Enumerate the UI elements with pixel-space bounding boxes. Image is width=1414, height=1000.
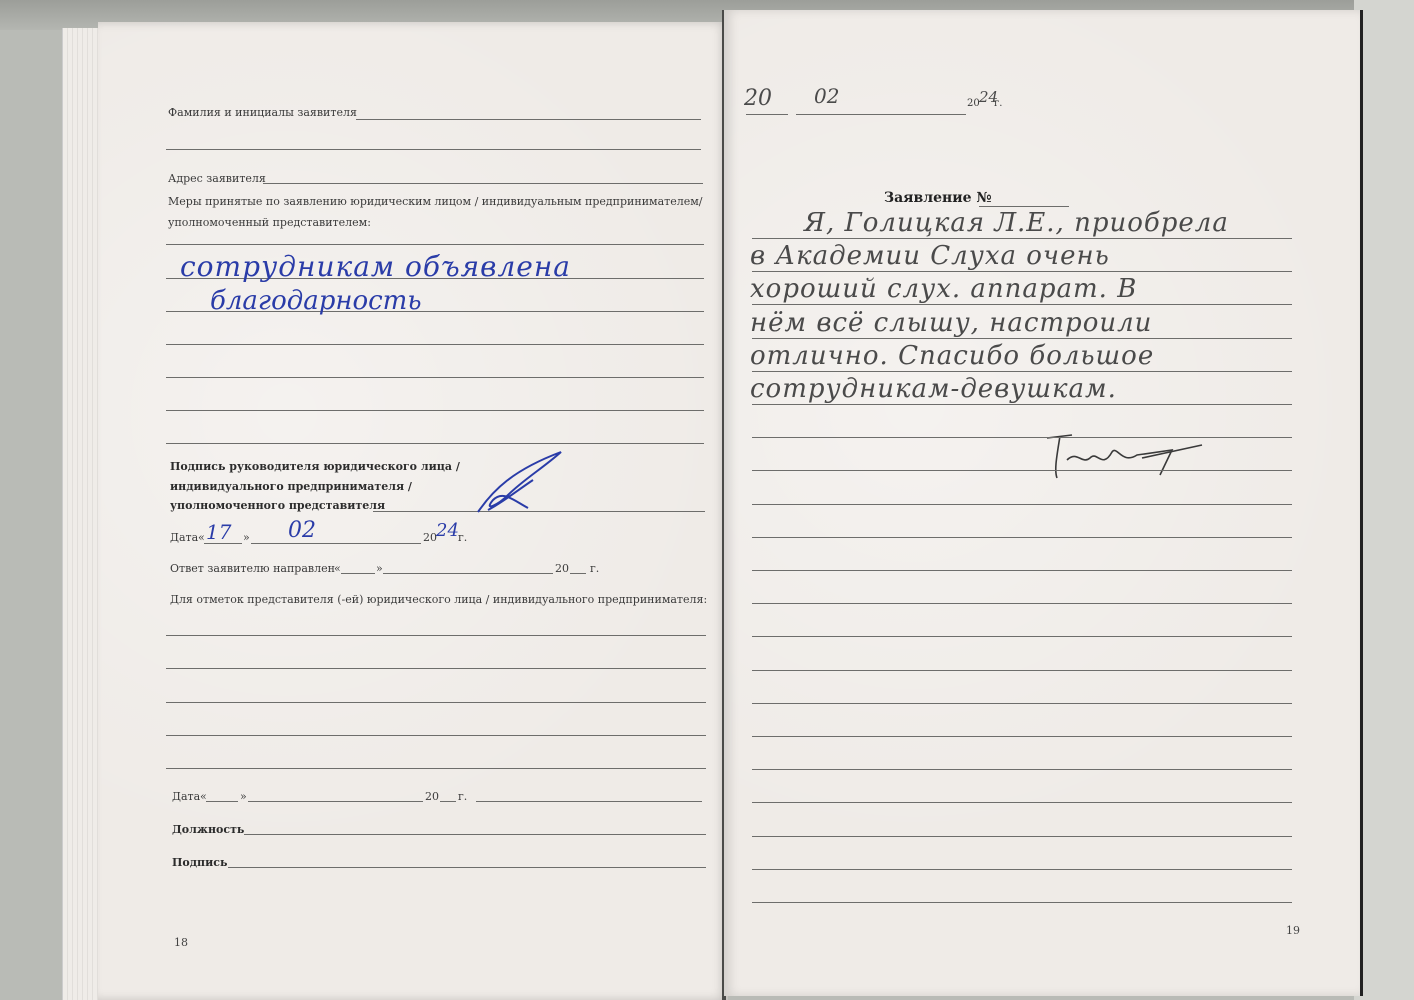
statement-ruled-line [752,636,1292,637]
statement-handwritten-line: нём всё слышу, настроили [750,308,1152,338]
manager-signature-scribble [473,450,573,520]
date-day-value: 17 [206,520,231,544]
page-number-right: 19 [1286,924,1300,937]
marks-line [166,702,706,703]
reply-sent-year-field[interactable] [570,573,586,574]
statement-ruled-line [752,537,1292,538]
statement-title: Заявление № [884,190,992,206]
marks-line [166,735,706,736]
bottom-date-label: Дата [172,790,200,803]
statement-ruled-line [752,836,1292,837]
statement-ruled-line [752,271,1292,272]
date-month-field[interactable] [251,543,421,544]
measures-label-line2: уполномоченный представителем: [168,216,371,229]
signature-label: Подпись [172,856,227,869]
quote-close: » [240,790,247,803]
left-page: Фамилия и инициалы заявителя Адрес заяви… [98,22,728,1000]
measures-label-line1: Меры принятые по заявлению юридическим л… [168,195,703,208]
bottom-date-extra-field[interactable] [476,801,702,802]
statement-ruled-line [752,802,1292,803]
measures-handwritten-line2: благодарность [210,286,422,316]
date-label: Дата [170,531,198,544]
bottom-date-year-unit: г. [458,790,467,803]
scan-background-right [1354,0,1414,1000]
reply-sent-label: Ответ заявителю направлен [170,562,335,575]
manager-signature-label-line2: индивидуального предпринимателя / [170,480,412,493]
date-year-suffix: 24 [436,520,459,541]
bottom-date-day-field[interactable] [206,801,238,802]
signature-field[interactable] [228,867,706,868]
statement-ruled-line [752,504,1292,505]
quote-open: « [334,562,341,575]
statement-ruled-line [752,304,1292,305]
applicant-signature-scribble [1042,430,1222,490]
statement-date-day: 20 [744,86,772,111]
manager-signature-label-line3: уполномоченного представителя [170,499,385,512]
measures-line [166,377,704,378]
statement-ruled-line [752,404,1292,405]
statement-ruled-line [752,769,1292,770]
statement-date-year-prefix: 20 [967,98,980,109]
statement-date-month-field[interactable] [796,114,966,115]
right-page: 20 02 20 24 г. Заявление № 19 Я, Голицка… [724,10,1360,996]
statement-ruled-line [752,437,1292,438]
reply-sent-year-unit: г. [590,562,599,575]
statement-ruled-line [752,470,1292,471]
quote-close: » [376,562,383,575]
statement-number-field[interactable] [979,206,1069,207]
date-year-unit: г. [458,531,467,544]
applicant-name-field-2[interactable] [166,149,701,150]
statement-date-month: 02 [814,84,839,108]
page-number-left: 18 [174,936,188,949]
quote-close: » [243,531,250,544]
marks-line [166,635,706,636]
reply-sent-year-prefix: 20 [555,562,569,575]
statement-date-day-field[interactable] [746,114,788,115]
statement-handwritten-line: отлично. Спасибо большое [750,341,1154,371]
applicant-address-field[interactable] [263,183,703,184]
statement-handwritten-line: в Академии Слуха очень [750,241,1110,271]
statement-ruled-line [752,603,1292,604]
measures-line [166,244,704,245]
statement-ruled-line [752,670,1292,671]
statement-ruled-line [752,371,1292,372]
statement-ruled-line [752,703,1292,704]
marks-label: Для отметок представителя (-ей) юридичес… [170,593,707,606]
statement-ruled-line [752,570,1292,571]
statement-ruled-line [752,338,1292,339]
reply-sent-day-field[interactable] [341,573,375,574]
statement-ruled-line [752,736,1292,737]
measures-line [166,443,704,444]
statement-handwritten-line: сотрудникам-девушкам. [750,374,1117,404]
statement-handwritten-line: Я, Голицкая Л.Е., приобрела [804,208,1229,238]
marks-line [166,668,706,669]
marks-line [166,768,706,769]
measures-line [166,410,704,411]
date-month-value: 02 [288,518,316,543]
statement-ruled-line [752,902,1292,903]
applicant-name-label: Фамилия и инициалы заявителя [168,106,357,119]
date-year-prefix: 20 [423,531,437,544]
position-field[interactable] [244,834,706,835]
applicant-name-field[interactable] [356,119,701,120]
statement-ruled-line [752,869,1292,870]
bottom-date-year-prefix: 20 [425,790,439,803]
bottom-date-year-field[interactable] [440,801,456,802]
reply-sent-month-field[interactable] [383,573,553,574]
statement-date-year-unit: г. [994,98,1002,109]
measures-handwritten-line1: сотрудникам объявлена [180,250,571,283]
measures-line [166,344,704,345]
applicant-address-label: Адрес заявителя [168,172,266,185]
position-label: Должность [172,823,244,836]
statement-handwritten-line: хороший слух. аппарат. В [750,274,1137,304]
manager-signature-label-line1: Подпись руководителя юридического лица / [170,460,460,473]
statement-ruled-line [752,238,1292,239]
bottom-date-month-field[interactable] [248,801,423,802]
